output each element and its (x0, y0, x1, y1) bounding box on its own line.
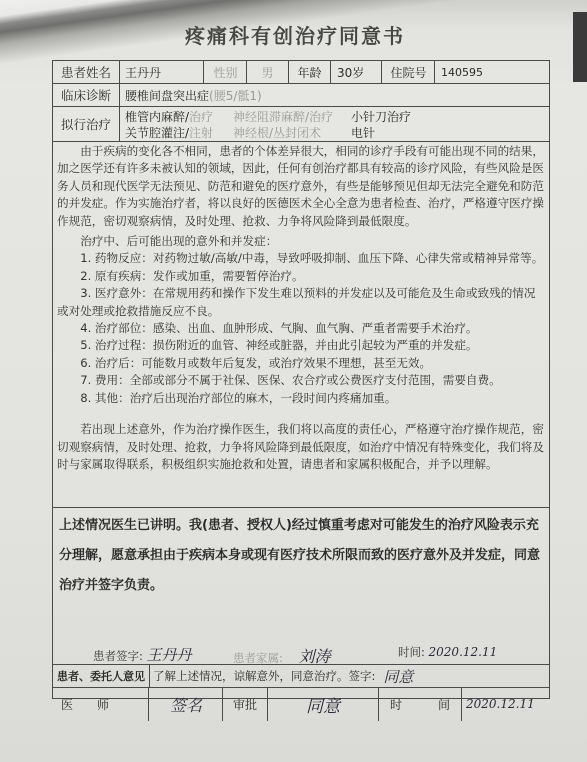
treatment-label: 拟行治疗 (53, 107, 120, 141)
age-value: 30岁 (331, 61, 382, 83)
treatment-row: 拟行治疗 椎管内麻醉/治疗 神经阻滞麻醉/治疗 小针刀治疗 关节腔灌注/注射 神… (53, 107, 549, 142)
signature-time-field[interactable]: 时间: 2020.12.11 (398, 644, 497, 660)
intro-paragraph: 由于疾病的变化各不相同，患者的个体差异很大，相同的诊疗手段有可能出现不同的结果，… (57, 143, 545, 230)
patient-signature: 王丹丹 (147, 646, 192, 664)
doctor-signature[interactable]: 签名 (150, 687, 223, 721)
treatment-option-2: 神经阻滞麻醉/治疗 (233, 108, 333, 125)
consent-form: 患者姓名 王丹丹 性别 男 年龄 30岁 住院号 140595 临床诊断 腰椎间… (52, 60, 550, 699)
treatment-option-4: 关节腔灌注/注射 (125, 124, 213, 141)
diagnosis-value: 腰椎间盘突出症 (腰5/骶1) (120, 84, 540, 106)
opinion-label: 患者、委托人意见 (53, 665, 150, 687)
patient-signature-field[interactable]: 患者签字: 王丹丹 (93, 644, 192, 665)
age-label: 年龄 (289, 61, 331, 83)
time-label: 时间: (398, 645, 425, 659)
consent-statement: 上述情况医生已讲明。我(患者、授权人)经过慎重考虑对可能发生的治疗风险表示充分理… (59, 511, 543, 601)
opinion-text: 了解上述情况，谅解意外，同意治疗。签字: (153, 668, 375, 684)
diagnosis-text: 腰椎间盘突出症 (125, 87, 209, 104)
admission-no-label: 住院号 (383, 61, 435, 83)
risk-item-7: 7. 费用：全部或部分不属于社保、医保、农合疗或公费医疗支付范围，需要自费。 (57, 372, 545, 389)
patient-signature-label: 患者签字: (93, 649, 143, 663)
doctor-time-label: 时 间 (379, 687, 462, 721)
treatment-option-3: 小针刀治疗 (351, 108, 411, 125)
risk-description: 由于疾病的变化各不相同，患者的个体差异很大，相同的诊疗手段有可能出现不同的结果，… (57, 143, 545, 473)
treatment-option-6: 电针 (351, 124, 375, 141)
diagnosis-row: 临床诊断 腰椎间盘突出症 (腰5/骶1) (53, 84, 549, 107)
gender-value: 男 (247, 61, 289, 83)
patient-name-value: 王丹丹 (120, 61, 204, 83)
risk-item-1: 1. 药物反应：对药物过敏/高敏/中毒，导致呼吸抑制、血压下降、心律失常或精神异… (57, 250, 545, 267)
list-intro: 治疗中、后可能出现的意外和并发症： (57, 233, 545, 250)
approve-signature[interactable]: 同意 (268, 687, 379, 721)
diagnosis-label: 临床诊断 (53, 84, 120, 106)
gender-label: 性别 (205, 61, 247, 83)
risk-item-2: 2. 原有疾病：发作或加重，需要暂停治疗。 (57, 268, 545, 285)
doctor-time-value[interactable]: 2020.12.11 (462, 687, 547, 721)
risk-item-4: 4. 治疗部位：感染、出血、血肿形成、气胸、血气胸、严重者需要手术治疗。 (57, 320, 545, 337)
treatment-option-1: 椎管内麻醉/治疗 (125, 108, 213, 125)
doctor-row: 医 师 签名 审批 同意 时 间 2020.12.11 (53, 687, 549, 721)
time-value: 2020.12.11 (429, 645, 498, 659)
doctor-label: 医 师 (53, 687, 149, 721)
risk-item-3: 3. 医疗意外：在常规用药和操作下发生难以预料的并发症以及可能危及生命或致残的情… (57, 285, 545, 320)
document-title: 疼痛科有创治疗同意书 (165, 20, 425, 49)
patient-name-label: 患者姓名 (53, 61, 120, 83)
diagnosis-detail: (腰5/骶1) (209, 87, 262, 104)
risk-item-8: 8. 其他：治疗后出现治疗部位的麻木，一段时间内疼痛加重。 (57, 390, 545, 407)
treatment-option-5: 神经根/丛封闭术 (233, 124, 321, 141)
family-label: 患者家属: (233, 651, 283, 665)
risk-item-5: 5. 治疗过程：损伤附近的血管、神经或脏器，并由此引起较为严重的并发症。 (57, 337, 545, 354)
commitment-paragraph: 若出现上述意外，作为治疗操作医生，我们将以高度的责任心，严格遵守治疗操作规范，密… (57, 421, 545, 473)
admission-no-value: 140595 (435, 61, 545, 83)
opinion-signature: 同意 (383, 666, 413, 687)
background-edge (573, 12, 587, 82)
patient-info-row: 患者姓名 王丹丹 性别 男 年龄 30岁 住院号 140595 (53, 61, 549, 84)
section-divider (53, 507, 549, 508)
approve-label: 审批 (223, 687, 268, 721)
risk-item-6: 6. 治疗后：可能数月或数年后复发，或治疗效果不理想，甚至无效。 (57, 355, 545, 372)
opinion-content[interactable]: 了解上述情况，谅解意外，同意治疗。签字: 同意 (150, 665, 545, 687)
opinion-row: 患者、委托人意见 了解上述情况，谅解意外，同意治疗。签字: 同意 (53, 664, 549, 688)
